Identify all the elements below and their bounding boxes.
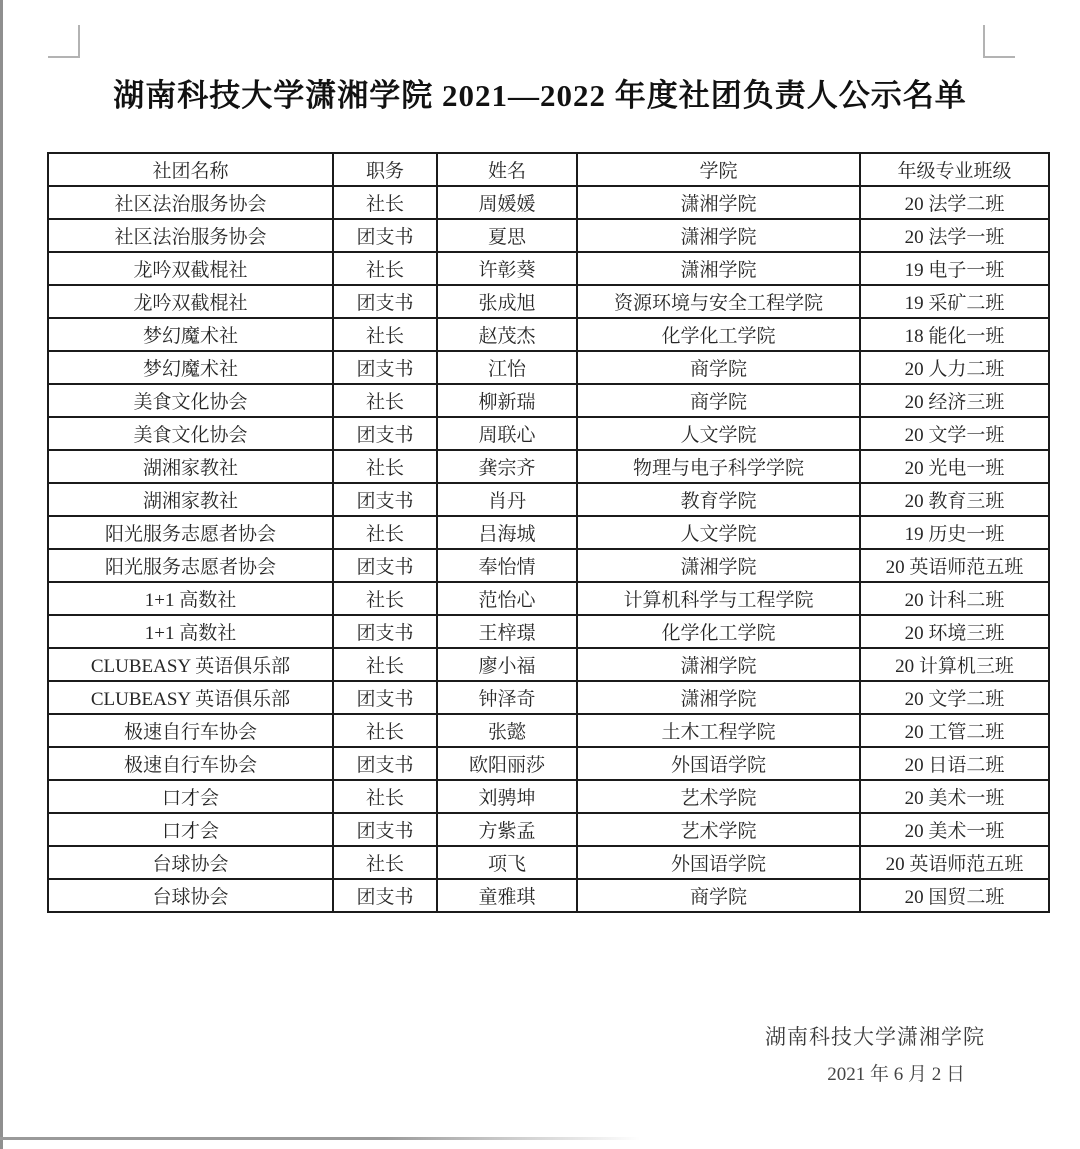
- cell-position: 社长: [333, 384, 437, 417]
- cell-grade-class: 20 环境三班: [860, 615, 1049, 648]
- cell-name: 范怡心: [437, 582, 577, 615]
- cell-club-name: 台球协会: [48, 846, 333, 879]
- cell-position: 团支书: [333, 879, 437, 912]
- cell-position: 社长: [333, 516, 437, 549]
- table-row: CLUBEASY 英语俱乐部社长廖小福潇湘学院20 计算机三班: [48, 648, 1049, 681]
- cell-college: 物理与电子科学学院: [577, 450, 860, 483]
- cell-club-name: 极速自行车协会: [48, 714, 333, 747]
- cell-position: 社长: [333, 714, 437, 747]
- cell-name: 项飞: [437, 846, 577, 879]
- cell-club-name: 口才会: [48, 813, 333, 846]
- cell-grade-class: 20 美术一班: [860, 780, 1049, 813]
- table-row: 梦幻魔术社社长赵茂杰化学化工学院18 能化一班: [48, 318, 1049, 351]
- cell-position: 团支书: [333, 681, 437, 714]
- table-row: 台球协会社长项飞外国语学院20 英语师范五班: [48, 846, 1049, 879]
- cell-grade-class: 20 日语二班: [860, 747, 1049, 780]
- page-edge-left: [0, 0, 3, 1149]
- cell-college: 外国语学院: [577, 846, 860, 879]
- table-row: 1+1 高数社团支书王梓璟化学化工学院20 环境三班: [48, 615, 1049, 648]
- cell-college: 人文学院: [577, 516, 860, 549]
- cell-grade-class: 19 电子一班: [860, 252, 1049, 285]
- cell-position: 社长: [333, 648, 437, 681]
- cell-name: 江怡: [437, 351, 577, 384]
- header-club-name: 社团名称: [48, 153, 333, 186]
- cell-college: 潇湘学院: [577, 219, 860, 252]
- cell-grade-class: 20 文学一班: [860, 417, 1049, 450]
- cell-club-name: 梦幻魔术社: [48, 318, 333, 351]
- cell-club-name: 龙吟双截棍社: [48, 252, 333, 285]
- table-row: 社区法治服务协会团支书夏思潇湘学院20 法学一班: [48, 219, 1049, 252]
- cell-club-name: 社区法治服务协会: [48, 219, 333, 252]
- signature-org: 湖南科技大学潇湘学院: [765, 1024, 985, 1051]
- cell-position: 社长: [333, 252, 437, 285]
- table-row: 极速自行车协会社长张懿土木工程学院20 工管二班: [48, 714, 1049, 747]
- cell-position: 社长: [333, 846, 437, 879]
- table-row: 龙吟双截棍社团支书张成旭资源环境与安全工程学院19 采矿二班: [48, 285, 1049, 318]
- header-position: 职务: [333, 153, 437, 186]
- table-row: 阳光服务志愿者协会社长吕海城人文学院19 历史一班: [48, 516, 1049, 549]
- document-title: 湖南科技大学潇湘学院 2021—2022 年度社团负责人公示名单: [0, 70, 1080, 115]
- cell-name: 钟泽奇: [437, 681, 577, 714]
- cell-club-name: 口才会: [48, 780, 333, 813]
- text-boundary-mark-top-right: [983, 25, 1015, 58]
- cell-name: 吕海城: [437, 516, 577, 549]
- table-row: 美食文化协会团支书周联心人文学院20 文学一班: [48, 417, 1049, 450]
- page-edge-bottom: [0, 1137, 640, 1140]
- table-row: 美食文化协会社长柳新瑞商学院20 经济三班: [48, 384, 1049, 417]
- table-row: 湖湘家教社团支书肖丹教育学院20 教育三班: [48, 483, 1049, 516]
- cell-college: 商学院: [577, 879, 860, 912]
- cell-position: 团支书: [333, 615, 437, 648]
- cell-position: 社长: [333, 318, 437, 351]
- cell-grade-class: 19 采矿二班: [860, 285, 1049, 318]
- header-college: 学院: [577, 153, 860, 186]
- cell-name: 张懿: [437, 714, 577, 747]
- cell-college: 化学化工学院: [577, 615, 860, 648]
- cell-club-name: 社区法治服务协会: [48, 186, 333, 219]
- cell-grade-class: 20 文学二班: [860, 681, 1049, 714]
- cell-club-name: 美食文化协会: [48, 417, 333, 450]
- document-page: 湖南科技大学潇湘学院 2021—2022 年度社团负责人公示名单 社团名称 职务…: [0, 0, 1080, 1149]
- cell-grade-class: 20 计科二班: [860, 582, 1049, 615]
- cell-club-name: 龙吟双截棍社: [48, 285, 333, 318]
- cell-name: 欧阳丽莎: [437, 747, 577, 780]
- cell-name: 奉怡情: [437, 549, 577, 582]
- cell-grade-class: 20 工管二班: [860, 714, 1049, 747]
- cell-club-name: CLUBEASY 英语俱乐部: [48, 648, 333, 681]
- cell-college: 土木工程学院: [577, 714, 860, 747]
- cell-name: 柳新瑞: [437, 384, 577, 417]
- cell-college: 潇湘学院: [577, 681, 860, 714]
- table-header-row: 社团名称 职务 姓名 学院 年级专业班级: [48, 153, 1049, 186]
- cell-club-name: 台球协会: [48, 879, 333, 912]
- cell-grade-class: 20 英语师范五班: [860, 549, 1049, 582]
- table-row: 湖湘家教社社长龚宗齐物理与电子科学学院20 光电一班: [48, 450, 1049, 483]
- cell-position: 社长: [333, 450, 437, 483]
- table-row: 梦幻魔术社团支书江怡商学院20 人力二班: [48, 351, 1049, 384]
- cell-college: 商学院: [577, 351, 860, 384]
- table-row: 极速自行车协会团支书欧阳丽莎外国语学院20 日语二班: [48, 747, 1049, 780]
- cell-college: 潇湘学院: [577, 648, 860, 681]
- cell-name: 龚宗齐: [437, 450, 577, 483]
- signature-date: 2021 年 6 月 2 日: [765, 1063, 985, 1088]
- cell-club-name: 1+1 高数社: [48, 615, 333, 648]
- cell-college: 潇湘学院: [577, 549, 860, 582]
- cell-name: 刘骋坤: [437, 780, 577, 813]
- cell-position: 团支书: [333, 483, 437, 516]
- table-row: 1+1 高数社社长范怡心计算机科学与工程学院20 计科二班: [48, 582, 1049, 615]
- table-row: 社区法治服务协会社长周媛媛潇湘学院20 法学二班: [48, 186, 1049, 219]
- cell-college: 资源环境与安全工程学院: [577, 285, 860, 318]
- cell-name: 夏思: [437, 219, 577, 252]
- cell-college: 潇湘学院: [577, 186, 860, 219]
- cell-position: 社长: [333, 186, 437, 219]
- cell-club-name: 美食文化协会: [48, 384, 333, 417]
- cell-name: 童雅琪: [437, 879, 577, 912]
- cell-grade-class: 20 国贸二班: [860, 879, 1049, 912]
- cell-club-name: 1+1 高数社: [48, 582, 333, 615]
- cell-position: 团支书: [333, 219, 437, 252]
- cell-club-name: CLUBEASY 英语俱乐部: [48, 681, 333, 714]
- signature-block: 湖南科技大学潇湘学院 2021 年 6 月 2 日: [765, 1024, 985, 1088]
- cell-name: 肖丹: [437, 483, 577, 516]
- cell-grade-class: 20 人力二班: [860, 351, 1049, 384]
- cell-grade-class: 20 光电一班: [860, 450, 1049, 483]
- cell-college: 商学院: [577, 384, 860, 417]
- cell-grade-class: 20 教育三班: [860, 483, 1049, 516]
- cell-club-name: 阳光服务志愿者协会: [48, 516, 333, 549]
- cell-club-name: 湖湘家教社: [48, 450, 333, 483]
- cell-grade-class: 19 历史一班: [860, 516, 1049, 549]
- cell-position: 社长: [333, 582, 437, 615]
- cell-position: 团支书: [333, 417, 437, 450]
- table-row: 口才会社长刘骋坤艺术学院20 美术一班: [48, 780, 1049, 813]
- table-body: 社区法治服务协会社长周媛媛潇湘学院20 法学二班社区法治服务协会团支书夏思潇湘学…: [48, 186, 1049, 912]
- cell-grade-class: 20 法学一班: [860, 219, 1049, 252]
- cell-grade-class: 20 计算机三班: [860, 648, 1049, 681]
- cell-grade-class: 20 美术一班: [860, 813, 1049, 846]
- cell-club-name: 极速自行车协会: [48, 747, 333, 780]
- cell-club-name: 湖湘家教社: [48, 483, 333, 516]
- cell-position: 团支书: [333, 813, 437, 846]
- cell-name: 赵茂杰: [437, 318, 577, 351]
- cell-club-name: 梦幻魔术社: [48, 351, 333, 384]
- cell-position: 团支书: [333, 285, 437, 318]
- cell-position: 社长: [333, 780, 437, 813]
- cell-college: 教育学院: [577, 483, 860, 516]
- cell-college: 外国语学院: [577, 747, 860, 780]
- club-leaders-table: 社团名称 职务 姓名 学院 年级专业班级 社区法治服务协会社长周媛媛潇湘学院20…: [47, 152, 1050, 913]
- cell-name: 廖小福: [437, 648, 577, 681]
- cell-college: 人文学院: [577, 417, 860, 450]
- cell-position: 团支书: [333, 747, 437, 780]
- cell-position: 团支书: [333, 549, 437, 582]
- cell-position: 团支书: [333, 351, 437, 384]
- header-grade-class: 年级专业班级: [860, 153, 1049, 186]
- cell-college: 艺术学院: [577, 780, 860, 813]
- cell-college: 潇湘学院: [577, 252, 860, 285]
- cell-name: 周媛媛: [437, 186, 577, 219]
- cell-college: 计算机科学与工程学院: [577, 582, 860, 615]
- table-row: 台球协会团支书童雅琪商学院20 国贸二班: [48, 879, 1049, 912]
- cell-name: 张成旭: [437, 285, 577, 318]
- cell-club-name: 阳光服务志愿者协会: [48, 549, 333, 582]
- table-row: 口才会团支书方紫孟艺术学院20 美术一班: [48, 813, 1049, 846]
- cell-name: 王梓璟: [437, 615, 577, 648]
- cell-college: 艺术学院: [577, 813, 860, 846]
- table-row: 龙吟双截棍社社长许彰葵潇湘学院19 电子一班: [48, 252, 1049, 285]
- cell-college: 化学化工学院: [577, 318, 860, 351]
- cell-grade-class: 18 能化一班: [860, 318, 1049, 351]
- cell-name: 许彰葵: [437, 252, 577, 285]
- cell-grade-class: 20 法学二班: [860, 186, 1049, 219]
- cell-name: 方紫孟: [437, 813, 577, 846]
- table-row: CLUBEASY 英语俱乐部团支书钟泽奇潇湘学院20 文学二班: [48, 681, 1049, 714]
- cell-name: 周联心: [437, 417, 577, 450]
- cell-grade-class: 20 英语师范五班: [860, 846, 1049, 879]
- table-row: 阳光服务志愿者协会团支书奉怡情潇湘学院20 英语师范五班: [48, 549, 1049, 582]
- text-boundary-mark-top-left: [48, 25, 80, 58]
- header-name: 姓名: [437, 153, 577, 186]
- cell-grade-class: 20 经济三班: [860, 384, 1049, 417]
